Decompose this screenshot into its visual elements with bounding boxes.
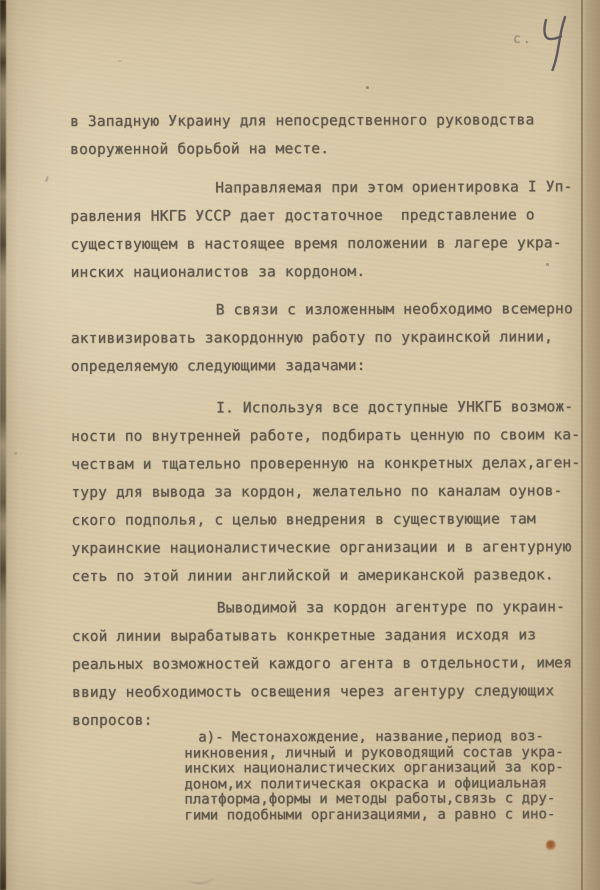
- text-line: ской линии вырабатывать конкретные задан…: [72, 621, 584, 651]
- paragraph-agent-assignments: Выводимой за кордон агентуре по украин- …: [72, 593, 584, 735]
- paragraph-task-1: I. Используя все доступные УНКГБ возмож-…: [71, 393, 584, 591]
- text-line: гими подобными организациями, а равно с …: [184, 807, 584, 824]
- scanned-document-page: с. в Западную Украину для непосредственн…: [0, 0, 600, 890]
- paragraph-tasks-intro: В связи с изложенным необходимо всемерно…: [71, 295, 583, 381]
- paper-speck: [14, 452, 17, 455]
- text-line: туру для вывода за кордон, желательно по…: [71, 477, 583, 507]
- page-left-edge-shadow: [0, 0, 6, 890]
- pencil-smudge: [187, 871, 214, 886]
- paragraph-item-a: а)- Местонахождение, название,период воз…: [184, 729, 584, 823]
- text-line: чествам и тщательно проверенную на конкр…: [71, 449, 583, 479]
- paragraph-orientirovka: Направляемая при этом ориентировка I Уп-…: [70, 173, 582, 287]
- text-line: Направляемая при этом ориентировка I Уп-: [70, 173, 582, 203]
- paper-speck: [118, 60, 122, 62]
- handwritten-page-number-4: [537, 14, 575, 74]
- text-line: равления НКГБ УССР дает достаточное пред…: [70, 201, 582, 231]
- text-line: инских националистов за кордоном.: [71, 257, 583, 287]
- text-line: В связи с изложенным необходимо всемерно: [71, 295, 583, 325]
- text-line: в Западную Украину для непосредственного…: [70, 106, 582, 136]
- rust-stain: [546, 840, 556, 851]
- text-line: ского подполья, с целью внедрения в суще…: [71, 505, 583, 535]
- text-line: ввиду необходимость освещения через аген…: [72, 677, 584, 707]
- text-line: сеть по этой линии английской и американ…: [72, 561, 584, 591]
- text-line: Выводимой за кордон агентуре по украин-: [72, 593, 584, 623]
- text-line: ности по внутренней работе, подбирать це…: [71, 421, 583, 451]
- ink-speck: [366, 86, 369, 89]
- page-number-area: с.: [505, 12, 585, 72]
- text-line: существующем в настоящее время положении…: [70, 229, 582, 259]
- text-line: определяемую следующими задачами:: [71, 351, 583, 381]
- typewritten-text: в Западную Украину для непосредственного…: [70, 106, 584, 824]
- text-line: активизировать закордонную работу по укр…: [71, 323, 583, 353]
- text-line: вооруженной борьбой на месте.: [70, 134, 582, 164]
- text-line: украинские националистические организаци…: [71, 533, 583, 563]
- page-number-prefix: с.: [513, 32, 533, 47]
- ink-speck: [546, 263, 549, 266]
- text-line: реальных возможностей каждого агента в о…: [72, 649, 584, 679]
- text-line: I. Используя все доступные УНКГБ возмож-: [71, 393, 583, 423]
- ink-speck: [45, 176, 49, 182]
- paragraph-opening: в Западную Украину для непосредственного…: [70, 106, 582, 164]
